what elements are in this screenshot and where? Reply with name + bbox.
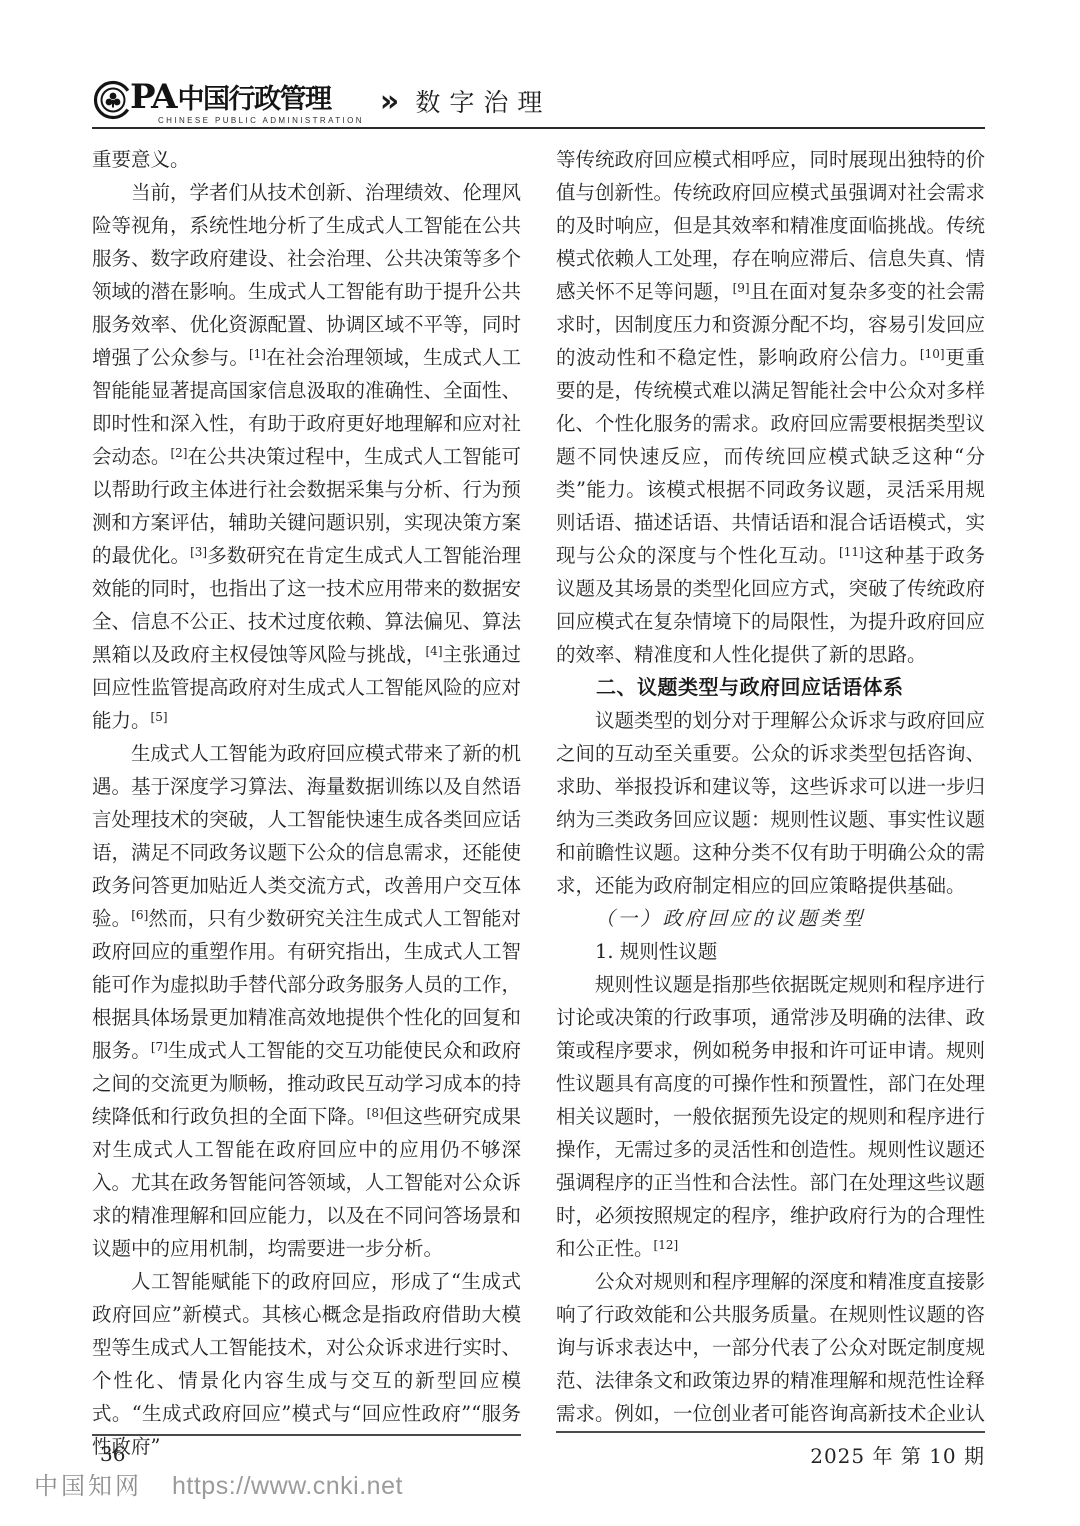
citation-ref: [7] (151, 1040, 168, 1054)
header-rule (92, 127, 985, 129)
paragraph: 等传统政府回应模式相呼应，同时展现出独特的价值与创新性。传统政府回应模式虽强调对… (556, 143, 985, 671)
page-number: 36 (100, 1442, 125, 1466)
article-left-column: 重要意义。 当前，学者们从技术创新、治理绩效、伦理风险等视角，系统性地分析了生成… (92, 143, 521, 1463)
journal-page: PA 中国行政管理 CHINESE PUBLIC ADMINISTRATION … (0, 0, 1080, 1526)
citation-ref: [3] (190, 545, 207, 559)
paragraph: 生成式人工智能为政府回应模式带来了新的机遇。基于深度学习算法、海量数据训练以及自… (92, 737, 521, 1265)
paragraph: 议题类型的划分对于理解公众诉求与政府回应之间的互动至关重要。公众的诉求类型包括咨… (556, 704, 985, 902)
footer-rule-right (556, 1431, 985, 1433)
cnki-watermark: 中国知网 https://www.cnki.net (34, 1466, 403, 1501)
section-title: 数字治理 (415, 90, 551, 115)
paragraph: 重要意义。 (92, 143, 521, 176)
citation-ref: [4] (426, 644, 443, 658)
citation-ref: [12] (654, 1238, 679, 1252)
citation-ref: [5] (151, 710, 168, 724)
journal-logo: PA 中国行政管理 CHINESE PUBLIC ADMINISTRATION (130, 80, 364, 125)
citation-ref: [1] (249, 347, 266, 361)
journal-header: PA 中国行政管理 CHINESE PUBLIC ADMINISTRATION … (92, 78, 551, 126)
paragraph: 规则性议题是指那些依据既定规则和程序进行讨论或决策的行政事项，通常涉及明确的法律… (556, 968, 985, 1265)
cpa-emblem-icon (92, 79, 134, 125)
article-right-column: 等传统政府回应模式相呼应，同时展现出独特的价值与创新性。传统政府回应模式虽强调对… (556, 143, 985, 1430)
section-heading: 二、议题类型与政府回应话语体系 (556, 671, 985, 704)
journal-logo-cn: 中国行政管理 (177, 86, 330, 113)
watermark-site-name: 中国知网 (34, 1466, 142, 1501)
citation-ref: [11] (839, 545, 864, 559)
citation-ref: [2] (170, 446, 187, 460)
paragraph: 公众对规则和程序理解的深度和精准度直接影响了行政效能和公共服务质量。在规则性议题… (556, 1265, 985, 1430)
citation-ref: [10] (920, 347, 945, 361)
paragraph: 当前，学者们从技术创新、治理绩效、伦理风险等视角，系统性地分析了生成式人工智能在… (92, 176, 521, 737)
numbered-heading: 1. 规则性议题 (556, 935, 985, 968)
watermark-url: https://www.cnki.net (172, 1472, 403, 1501)
section-chevrons-icon: » (380, 87, 397, 117)
subsection-heading: （一）政府回应的议题类型 (556, 902, 985, 935)
journal-logo-latin: PA (130, 80, 175, 114)
citation-ref: [6] (131, 908, 148, 922)
issue-label: 2025 年 第 10 期 (810, 1440, 985, 1469)
footer-rule-left (92, 1434, 521, 1436)
citation-ref: [9] (733, 281, 750, 295)
citation-ref: [8] (367, 1106, 384, 1120)
journal-logo-caption: CHINESE PUBLIC ADMINISTRATION (130, 116, 364, 125)
